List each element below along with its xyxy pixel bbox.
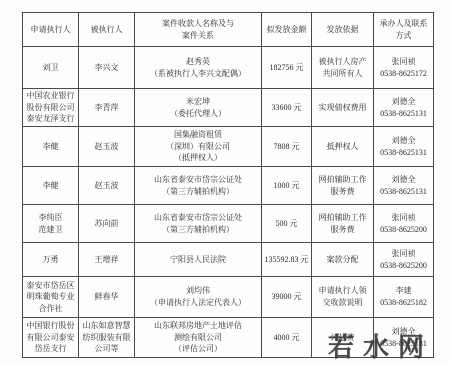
table-row: 李健赵玉波国集融资租赁 （深圳）有限公司 （抵押权人）7808 元抵押权人刘德全… — [23, 127, 434, 167]
table-cell: 万勇 — [23, 243, 79, 277]
table-cell: 李健 — [23, 167, 79, 205]
table-cell: 刘均伟 （申请执行人法定代表人） — [135, 277, 262, 318]
table-cell: 山东联邦房地产土地评估 测绘有限公司 （评估公司） — [135, 318, 262, 358]
table-cell: 苏向前 — [79, 205, 135, 243]
table-header-cell: 被执行人 — [79, 13, 135, 47]
table-cell: 刘德全 0538-8625131 — [374, 89, 434, 127]
table-header-cell: 拟发放金额 — [262, 13, 312, 47]
table-cell: 张同祯 0538-8625200 — [374, 205, 434, 243]
table-row: 泰安市岱岳区 明珠葡萄专业 合作社鲜春华刘均伟 （申请执行人法定代表人）3900… — [23, 277, 434, 318]
table-cell: 抵押权人 — [312, 127, 374, 167]
table-cell: 135592.83 元 — [262, 243, 312, 277]
table-cell: 国集融资租赁 （深圳）有限公司 （抵押权人） — [135, 127, 262, 167]
table-cell: 案款分配 — [312, 243, 374, 277]
table-cell: 39000 元 — [262, 277, 312, 318]
table-cell: 网拍辅助工作 服务费 — [312, 205, 374, 243]
table-cell: 鲜春华 — [79, 277, 135, 318]
table-cell: 刘德全 0538-8625131 — [374, 127, 434, 167]
table-cell: 中国农业银行 股份有限公司 泰安龙泽支行 — [23, 89, 79, 127]
table-cell: 李建 0538-8625182 — [374, 277, 434, 318]
table-cell: 实现债权费用 — [312, 89, 374, 127]
table-cell: 王增祥 — [79, 243, 135, 277]
table-cell: 李纯臣 范建卫 — [23, 205, 79, 243]
table-row: 李纯臣 范建卫苏向前山东省泰安市岱宗公证处 （第三方辅拍机构）500 元网拍辅助… — [23, 205, 434, 243]
table-row: 中国银行股份 有限公司泰安 岱岳支行山东如意智慧 纺织服装有限 公司等山东联邦房… — [23, 318, 434, 358]
table-cell: 山东省泰安市岱宗公证处 （第三方辅拍机构） — [135, 205, 262, 243]
table-cell: 被执行人房产 共同所有人 — [312, 47, 374, 89]
table-body: 刘卫李兴文赵秀英 （系被执行人李兴文配偶）182756 元被执行人房产 共同所有… — [23, 47, 434, 358]
table-cell: 申请执行人领 交收款说明 — [312, 277, 374, 318]
table-header-row: 申请执行人被执行人案件收款人名称及与 案件关系拟发放金额发放依据承办人及联系 方… — [23, 13, 434, 47]
table-header-cell: 案件收款人名称及与 案件关系 — [135, 13, 262, 47]
table-cell: 李兴文 — [79, 47, 135, 89]
table-cell: 中国银行股份 有限公司泰安 岱岳支行 — [23, 318, 79, 358]
table-cell: 赵秀英 （系被执行人李兴文配偶） — [135, 47, 262, 89]
table-cell: 33600 元 — [262, 89, 312, 127]
table-cell: 7808 元 — [262, 127, 312, 167]
table-cell: 张同祯 0538-8625200 — [374, 243, 434, 277]
table-cell: 李健 — [23, 127, 79, 167]
table-cell: 米宏坤 （委托代理人） — [135, 89, 262, 127]
table-cell: 500 元 — [262, 205, 312, 243]
table-cell: 182756 元 — [262, 47, 312, 89]
table-row: 李健赵玉波山东省泰安市岱宗公证处 （第三方辅拍机构）1000 元网拍辅助工作 服… — [23, 167, 434, 205]
table-header-cell: 申请执行人 — [23, 13, 79, 47]
table-cell: 山东如意智慧 纺织服装有限 公司等 — [79, 318, 135, 358]
table-cell: 评估费 — [312, 318, 374, 358]
table-cell: 宁阳县人民法院 — [135, 243, 262, 277]
table-cell: 刘卫 — [23, 47, 79, 89]
table-cell: 1000 元 — [262, 167, 312, 205]
table-row: 万勇王增祥宁阳县人民法院135592.83 元案款分配张同祯 0538-8625… — [23, 243, 434, 277]
table-cell: 张同祯 0538-8625172 — [374, 47, 434, 89]
table-cell: 李青萍 — [79, 89, 135, 127]
table-cell: 刘德全 0538-8625131 — [374, 167, 434, 205]
document-page: 申请执行人被执行人案件收款人名称及与 案件关系拟发放金额发放依据承办人及联系 方… — [0, 0, 450, 365]
table-header-cell: 承办人及联系 方式 — [374, 13, 434, 47]
table-cell: 网拍辅助工作 服务费 — [312, 167, 374, 205]
table-header: 申请执行人被执行人案件收款人名称及与 案件关系拟发放金额发放依据承办人及联系 方… — [23, 13, 434, 47]
table-cell: 泰安市岱岳区 明珠葡萄专业 合作社 — [23, 277, 79, 318]
table-cell: 山东省泰安市岱宗公证处 （第三方辅拍机构） — [135, 167, 262, 205]
enforcement-funds-table: 申请执行人被执行人案件收款人名称及与 案件关系拟发放金额发放依据承办人及联系 方… — [22, 12, 434, 358]
table-header-cell: 发放依据 — [312, 13, 374, 47]
table-row: 中国农业银行 股份有限公司 泰安龙泽支行李青萍米宏坤 （委托代理人）33600 … — [23, 89, 434, 127]
table-cell: 赵玉波 — [79, 127, 135, 167]
table-cell: 4000 元 — [262, 318, 312, 358]
table-cell: 刘德全 0538-8625131 — [374, 318, 434, 358]
table-row: 刘卫李兴文赵秀英 （系被执行人李兴文配偶）182756 元被执行人房产 共同所有… — [23, 47, 434, 89]
table-cell: 赵玉波 — [79, 167, 135, 205]
